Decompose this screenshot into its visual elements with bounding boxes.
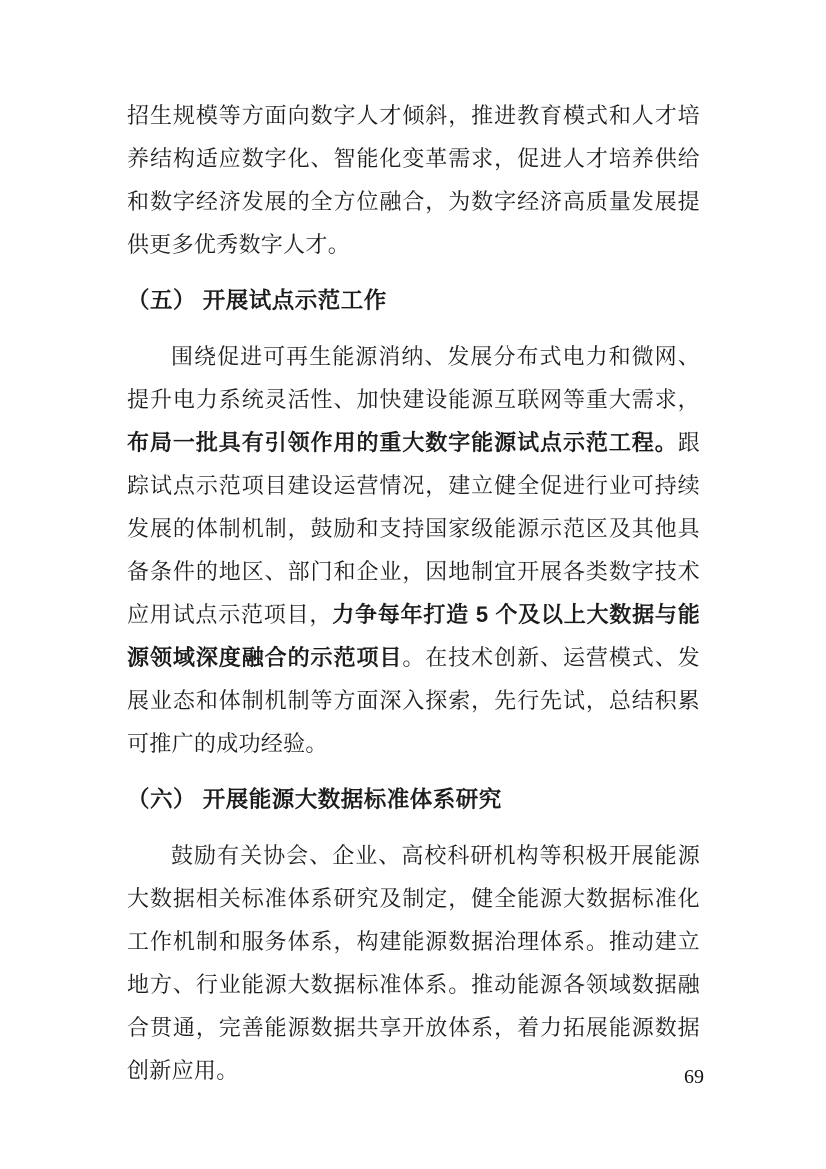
- text-run: 鼓励有关协会、企业、高校科研机构等积极开展能源大数据相关标准体系研究及制定，健全…: [127, 843, 700, 1083]
- bold-text-run: 布局一批具有引领作用的重大数字能源试点示范工程。: [127, 430, 678, 455]
- document-page: 招生规模等方面向数字人才倾斜，推进教育模式和人才培养结构适应数字化、智能化变革需…: [0, 0, 826, 1169]
- document-body: 招生规模等方面向数字人才倾斜，推进教育模式和人才培养结构适应数字化、智能化变革需…: [127, 94, 700, 1105]
- page-number: 69: [684, 1064, 704, 1090]
- paragraph: 鼓励有关协会、企业、高校科研机构等积极开展能源大数据相关标准体系研究及制定，健全…: [127, 834, 700, 1092]
- paragraph: 围绕促进可再生能源消纳、发展分布式电力和微网、提升电力系统灵活性、加快建设能源互…: [127, 335, 700, 765]
- text-run: 招生规模等方面向数字人才倾斜，推进教育模式和人才培养结构适应数字化、智能化变革需…: [127, 103, 700, 257]
- bold-text-run: （五） 开展试点示范工作: [127, 288, 387, 313]
- text-run: 围绕促进可再生能源消纳、发展分布式电力和微网、提升电力系统灵活性、加快建设能源互…: [127, 344, 700, 412]
- paragraph: 招生规模等方面向数字人才倾斜，推进教育模式和人才培养结构适应数字化、智能化变革需…: [127, 94, 700, 266]
- section-heading: （五） 开展试点示范工作: [127, 279, 700, 322]
- text-run: 跟踪试点示范项目建设运营情况，建立健全促进行业可持续发展的体制机制，鼓励和支持国…: [127, 430, 700, 627]
- bold-text-run: （六） 开展能源大数据标准体系研究: [127, 787, 502, 812]
- section-heading: （六） 开展能源大数据标准体系研究: [127, 778, 700, 821]
